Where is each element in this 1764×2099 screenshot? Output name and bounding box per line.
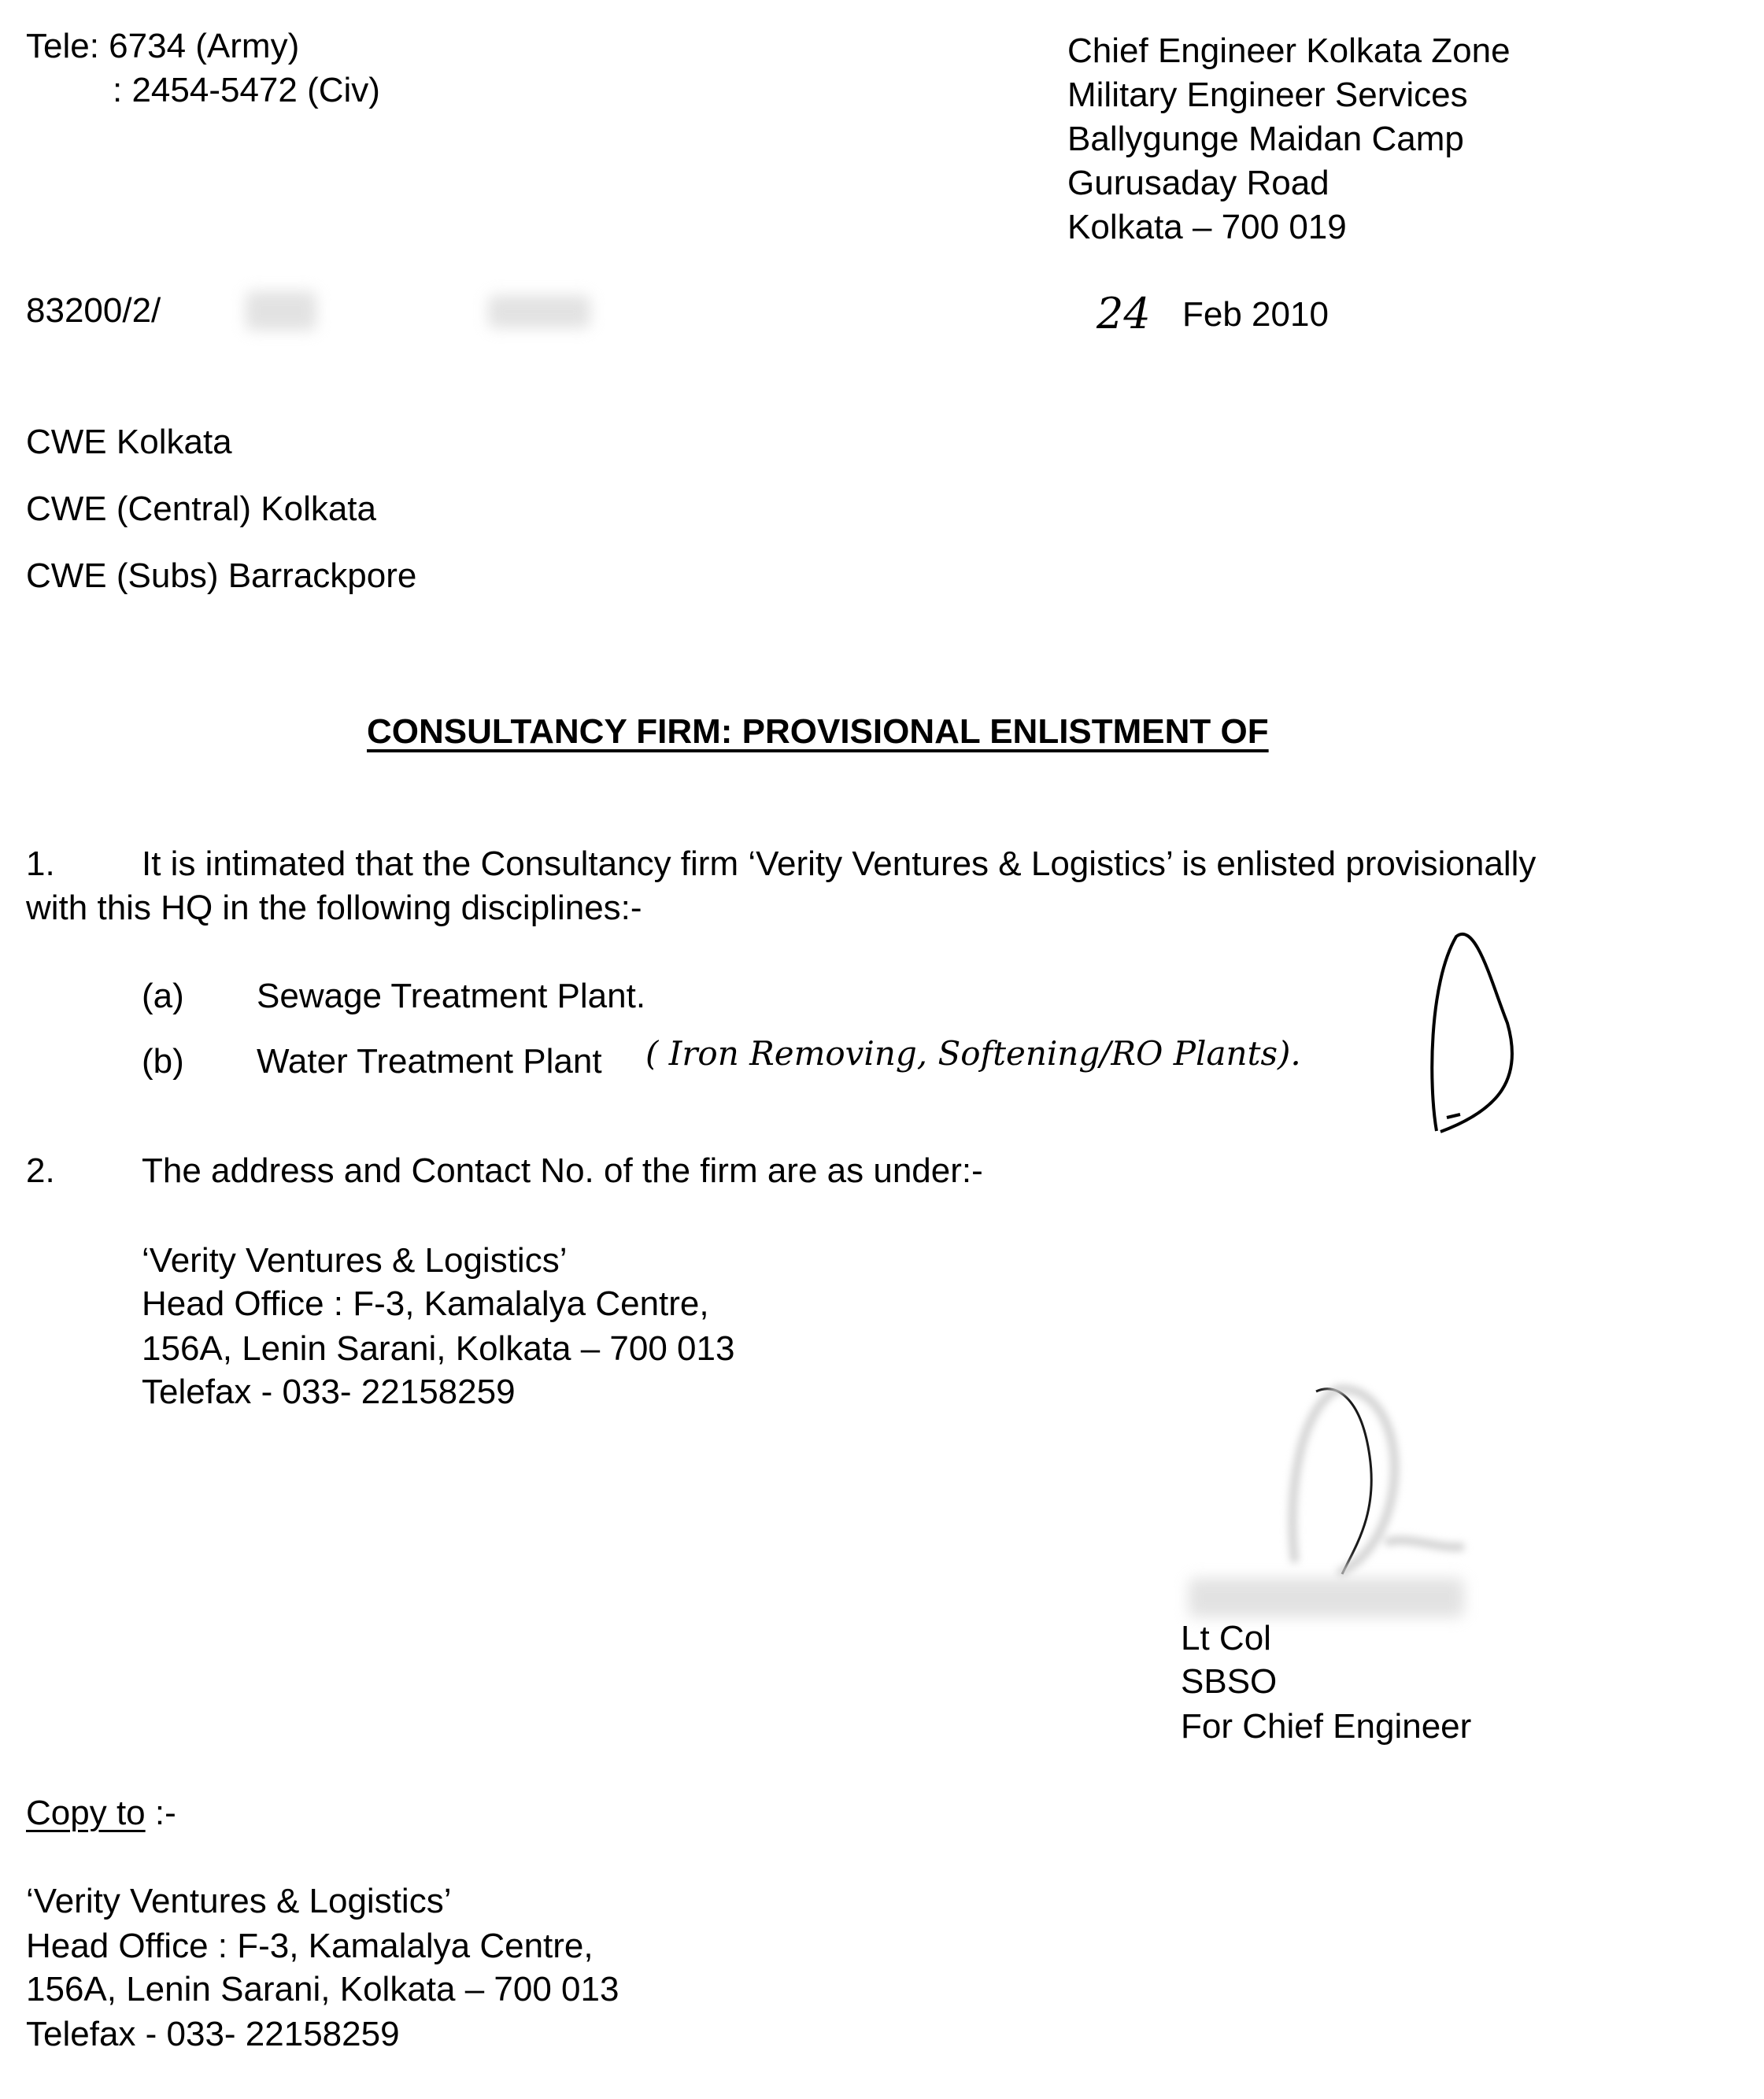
signatory-rank: Lt Col — [1181, 1621, 1271, 1656]
signatory-for-line: For Chief Engineer — [1181, 1709, 1471, 1744]
redacted-signatory-name — [1189, 1578, 1464, 1617]
copy-address-line: Head Office : F-3, Kamalalya Centre, — [26, 1929, 594, 1964]
copy-to-suffix: :- — [146, 1794, 176, 1832]
signatory-appointment: SBSO — [1181, 1665, 1277, 1699]
copy-address-line: ‘Verity Ventures & Logistics’ — [26, 1884, 451, 1919]
copy-address-line: 156A, Lenin Sarani, Kolkata – 700 013 — [26, 1972, 619, 2007]
copy-to-heading: Copy to :- — [26, 1796, 176, 1831]
signature-icon — [0, 0, 1764, 2099]
copy-to-label: Copy to — [26, 1794, 146, 1832]
copy-address-line: Telefax - 033- 22158259 — [26, 2017, 400, 2052]
